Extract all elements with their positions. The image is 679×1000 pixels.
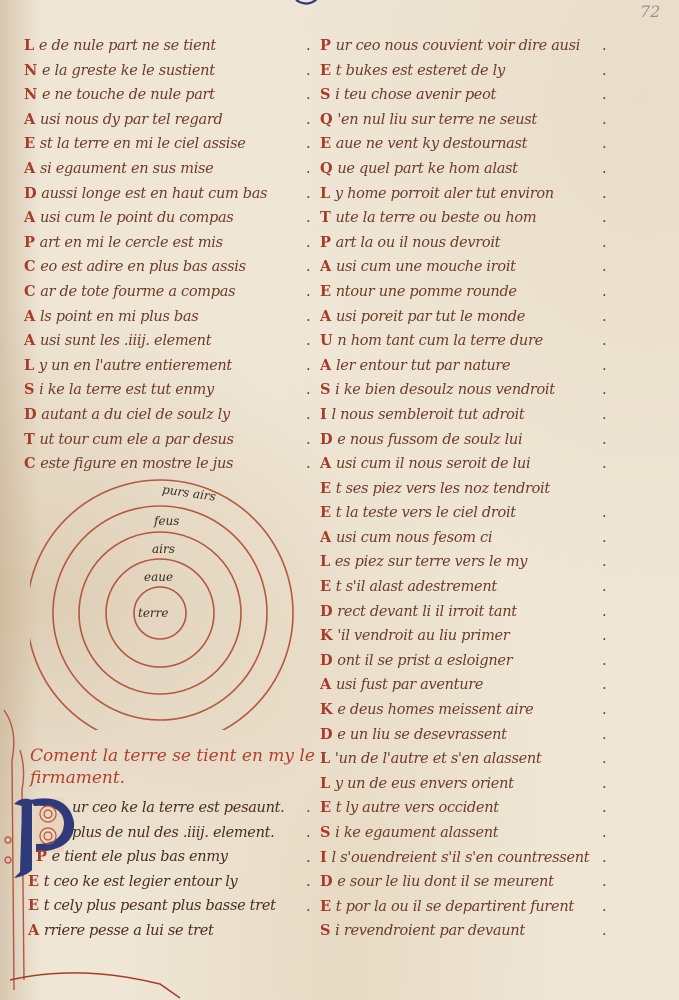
verse-line: Et cely plus pesant plus basse tret xyxy=(28,894,322,919)
verse-line: .Un hom tant cum la terre dure. xyxy=(306,329,646,354)
verse-line: Si revendroient par devaunt. xyxy=(306,919,646,944)
verse-line: .Ausi cum une mouche iroit. xyxy=(306,255,646,280)
concentric-circles xyxy=(30,470,300,730)
verse-line: Tut tour cum ele a par desus xyxy=(24,428,314,453)
right-column: .Pur ceo nous couvient voir dire ausi. .… xyxy=(306,34,646,944)
verse-line: Et ses piez vers les noz tendroit xyxy=(306,477,646,502)
verse-line: Daussi longe est en haut cum bas xyxy=(24,182,314,207)
verse-line: plus de nul des .iiij. element. xyxy=(72,821,322,846)
verse-line: Arriere pesse a lui se tret xyxy=(28,919,322,944)
verse-line: L'un de l'autre et s'en alassent. xyxy=(306,747,646,772)
verse-line: .Si ke bien desoulz nous vendroit. xyxy=(306,378,646,403)
verse-line: Ne la greste ke le sustient xyxy=(24,59,314,84)
verse-line: Ausi nous dy par tel regard xyxy=(24,108,314,133)
verse-line: Ceo est adire en plus bas assis xyxy=(24,255,314,280)
ring-label-feus: feus xyxy=(154,514,179,528)
ring-label-terre: terre xyxy=(138,606,169,620)
ring-label-eaue: eaue xyxy=(144,570,173,584)
ring-label-airs: airs xyxy=(152,542,175,556)
verse-line: .Ausi cum il nous seroit de lui. xyxy=(306,452,646,477)
verse-line: Ly un de eus envers orient. xyxy=(306,772,646,797)
verse-line: .Il s'ouendreient s'il s'en countressent… xyxy=(306,846,646,871)
verse-line: ur ceo ke la terre est pesaunt. xyxy=(72,796,322,821)
verse-line: Dont il se prist a esloigner. xyxy=(306,649,646,674)
verse-line: Pe tient ele plus bas enmy xyxy=(36,845,322,870)
verse-line: Als point en mi plus bas xyxy=(24,305,314,330)
verse-line: .De sour le liu dont il se meurent. xyxy=(306,870,646,895)
verse-line: Ly un en l'autre entierement xyxy=(24,354,314,379)
verse-line: Ausi sunt les .iiij. element xyxy=(24,329,314,354)
verse-line: Et la teste vers le ciel droit. xyxy=(306,501,646,526)
blue-flourish-top xyxy=(292,0,322,8)
verse-line: Drect devant li il irroit tant. xyxy=(306,600,646,625)
verse-line: .Part la ou il nous devroit. xyxy=(306,231,646,256)
verse-line: .Tute la terre ou beste ou hom. xyxy=(306,206,646,231)
verse-line: Ausi fust par aventure. xyxy=(306,673,646,698)
verse-line: K'il vendroit au liu primer. xyxy=(306,624,646,649)
verse-line: .Eaue ne vent ky destournast. xyxy=(306,132,646,157)
verse-line: .Et por la ou il se departirent furent. xyxy=(306,895,646,920)
verse-line: .Que quel part ke hom alast. xyxy=(306,157,646,182)
folio-number: 72 xyxy=(640,2,660,21)
manuscript-page: 72 Le de nule part ne se tient Ne la gre… xyxy=(0,0,679,1000)
verse-line: Ne ne touche de nule part xyxy=(24,83,314,108)
bottom-left-column: ur ceo ke la terre est pesaunt. plus de … xyxy=(72,796,322,944)
verse-line: Est la terre en mi le ciel assise xyxy=(24,132,314,157)
verse-line: .Pur ceo nous couvient voir dire ausi. xyxy=(306,34,646,59)
verse-line: Les piez sur terre vers le my. xyxy=(306,550,646,575)
bottom-flourish xyxy=(0,960,200,1000)
left-column: Le de nule part ne se tient Ne la greste… xyxy=(24,34,314,477)
verse-line: .Si teu chose avenir peot. xyxy=(306,83,646,108)
verse-line: Asi egaument en sus mise xyxy=(24,157,314,182)
verse-line: Car de tote fourme a compas xyxy=(24,280,314,305)
verse-line: Le de nule part ne se tient xyxy=(24,34,314,59)
verse-line: .Aler entour tut par nature. xyxy=(306,354,646,379)
rubric-heading: Coment la terre se tient en my le firmam… xyxy=(30,745,320,789)
verse-line: .Et ly autre vers occident. xyxy=(306,796,646,821)
verse-line: Et ceo ke est legier entour ly xyxy=(28,870,322,895)
verse-line: .Et bukes est esteret de ly. xyxy=(306,59,646,84)
verse-line: Et s'il alast adestrement. xyxy=(306,575,646,600)
verse-line: Si ke la terre est tut enmy xyxy=(24,378,314,403)
verse-line: Dautant a du ciel de soulz ly xyxy=(24,403,314,428)
verse-line: Ke deus homes meissent aire. xyxy=(306,698,646,723)
verse-line: .Q'en nul liu sur terre ne seust. xyxy=(306,108,646,133)
verse-line: .Ausi poreit par tut le monde. xyxy=(306,305,646,330)
verse-line: .Si ke egaument alassent. xyxy=(306,821,646,846)
concentric-spheres-diagram: purs airs feus airs eaue terre xyxy=(30,470,300,730)
verse-line: Ausi cum nous fesom ci. xyxy=(306,526,646,551)
verse-line: Part en mi le cercle est mis xyxy=(24,231,314,256)
verse-line: De un liu se desevrassent. xyxy=(306,723,646,748)
verse-line: Ausi cum le point du compas xyxy=(24,206,314,231)
verse-line: .Ly home porroit aler tut environ. xyxy=(306,182,646,207)
verse-line: .De nous fussom de soulz lui. xyxy=(306,428,646,453)
verse-line: .Il nous sembleroit tut adroit. xyxy=(306,403,646,428)
verse-line: .Entour une pomme rounde. xyxy=(306,280,646,305)
